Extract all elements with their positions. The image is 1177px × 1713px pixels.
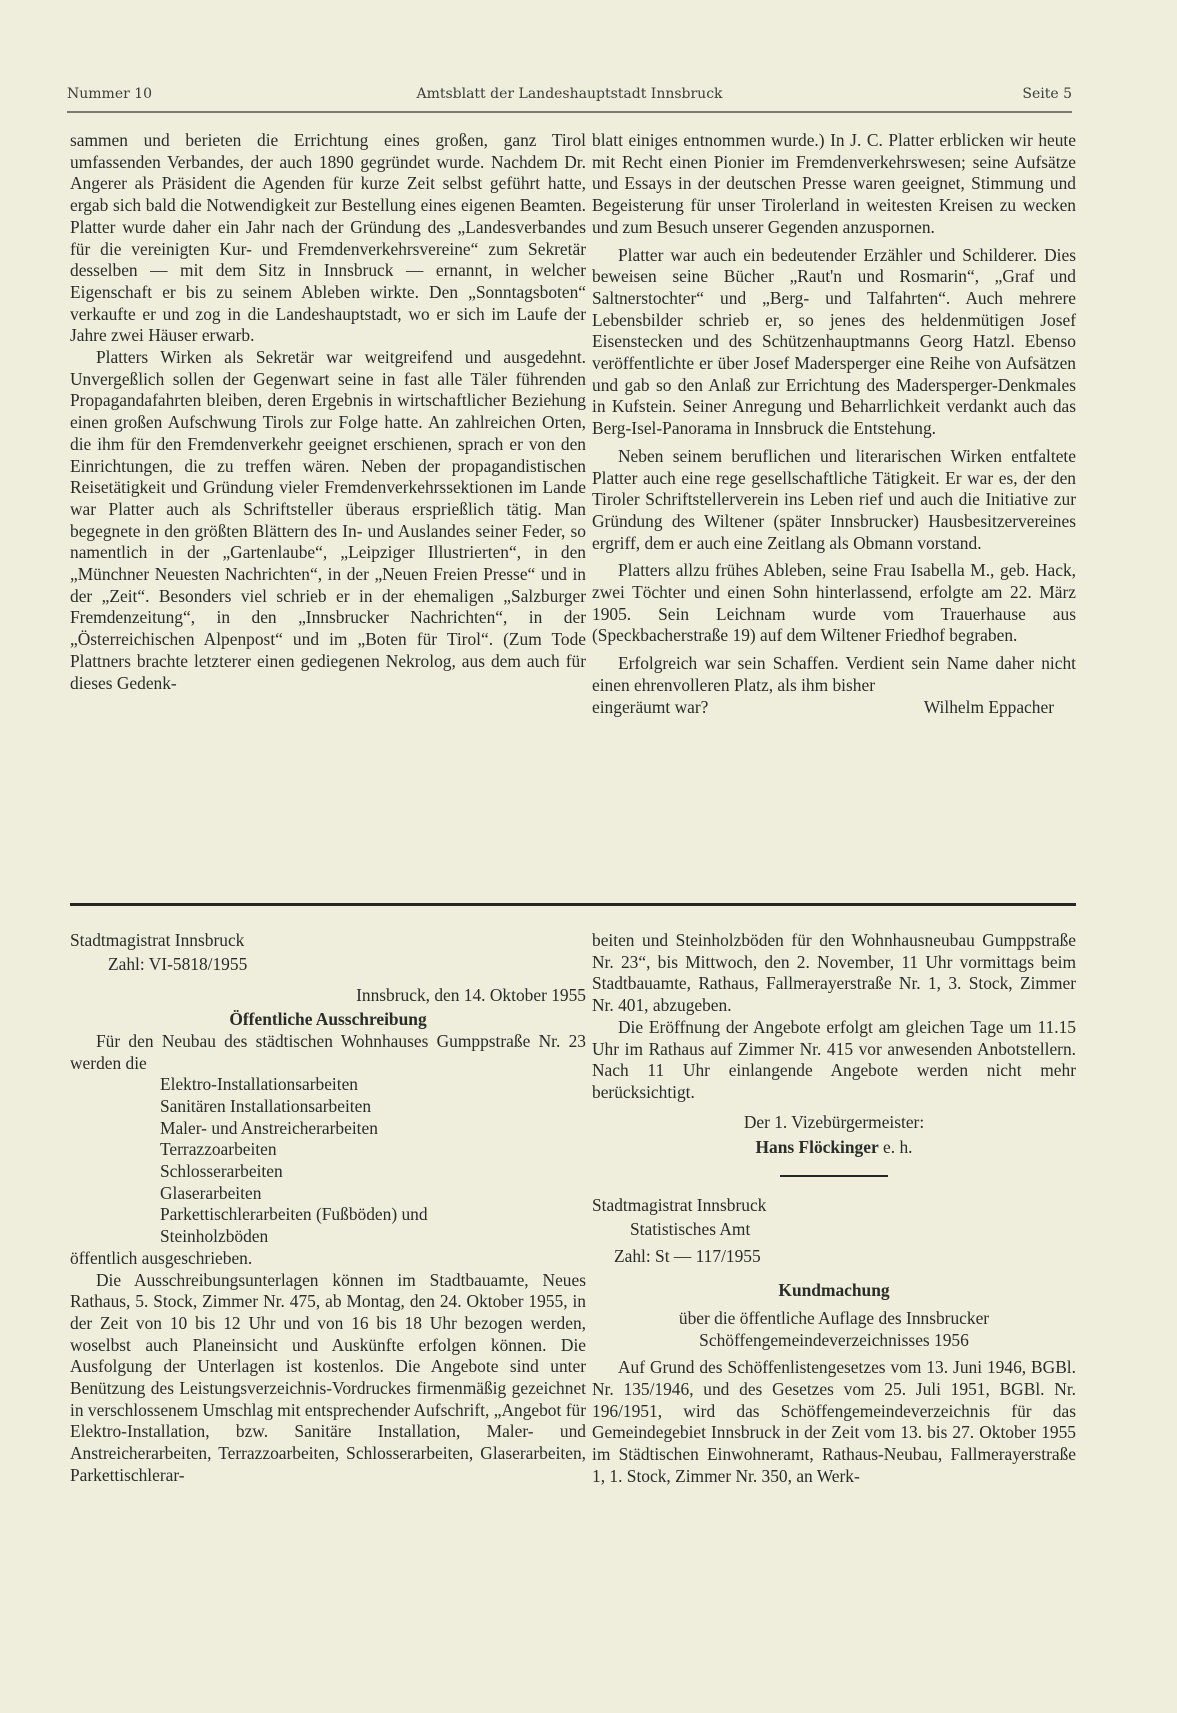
announcement-title: Kundmachung <box>592 1280 1076 1302</box>
tender-body-continued: beiten und Steinholzböden für den Wohnha… <box>592 930 1076 1017</box>
announcement-body: Auf Grund des Schöffenlistengesetzes vom… <box>592 1357 1076 1487</box>
header-rule <box>67 111 1072 113</box>
article-paragraph: Platter war auch ein bedeutender Erzähle… <box>592 245 1076 440</box>
announcement-authority: Stadtmagistrat Innsbruck <box>592 1195 1076 1217</box>
tender-place-date: Innsbruck, den 14. Oktober 1955 <box>70 985 586 1007</box>
works-item: Sanitären Installationsarbeiten <box>160 1096 586 1118</box>
signatory: Hans Flöckinger e. h. <box>592 1137 1076 1159</box>
announcement-department: Statistisches Amt <box>592 1219 1076 1241</box>
works-item: Terrazzoarbeiten <box>160 1139 586 1161</box>
article-paragraph: Platters allzu frühes Ableben, seine Fra… <box>592 560 1076 647</box>
page-number: Seite 5 <box>1022 86 1072 102</box>
closing-line: eingeräumt war? <box>592 697 708 719</box>
article-column-right: blatt einiges entnommen wurde.) In J. C.… <box>592 130 1076 718</box>
article-paragraph: Platters Wirken als Sekretär war weitgre… <box>70 347 586 694</box>
signatory-suffix: e. h. <box>883 1137 912 1157</box>
article-paragraph: sammen und berieten die Errichtung eines… <box>70 130 586 347</box>
tender-intro-end: öffentlich ausgeschrieben. <box>70 1248 586 1270</box>
tender-body: Die Ausschreibungsunterlagen können im S… <box>70 1270 586 1487</box>
signatory-title: Der 1. Vizebürgermeister: <box>592 1112 1076 1134</box>
works-item: Schlosserarbeiten <box>160 1161 586 1183</box>
announcement-reference: Zahl: St — 117/1955 <box>592 1246 1076 1268</box>
tender-works-list: Elektro-Installationsarbeiten Sanitären … <box>70 1074 586 1248</box>
works-item: Elektro-Installationsarbeiten <box>160 1074 586 1096</box>
signatory-name: Hans Flöckinger <box>755 1137 878 1157</box>
tender-column-left: Stadtmagistrat Innsbruck Zahl: VI-5818/1… <box>70 930 586 1487</box>
works-item: Maler- und Anstreicherarbeiten <box>160 1118 586 1140</box>
author-name: Wilhelm Eppacher <box>924 697 1076 719</box>
article-signature: eingeräumt war? Wilhelm Eppacher <box>592 697 1076 719</box>
tender-intro: Für den Neubau des städtischen Wohnhause… <box>70 1031 586 1074</box>
notice-divider <box>780 1175 888 1177</box>
tender-opening: Die Eröffnung der Angebote erfolgt am gl… <box>592 1017 1076 1104</box>
works-item: Glaserarbeiten <box>160 1183 586 1205</box>
publication-title: Amtsblatt der Landeshauptstadt Innsbruck <box>67 86 1072 102</box>
tender-column-right: beiten und Steinholzböden für den Wohnha… <box>592 930 1076 1487</box>
works-item: Parkettischlerarbeiten (Fußböden) und <box>160 1204 586 1226</box>
tender-authority: Stadtmagistrat Innsbruck <box>70 930 586 952</box>
section-divider <box>70 903 1076 906</box>
article-column-left: sammen und berieten die Errichtung eines… <box>70 130 586 694</box>
page-header: Nummer 10 Amtsblatt der Landeshauptstadt… <box>67 86 1072 108</box>
tender-title: Öffentliche Ausschreibung <box>70 1009 586 1031</box>
tender-reference: Zahl: VI-5818/1955 <box>70 954 586 976</box>
announcement-subtitle: über die öffentliche Auflage des Innsbru… <box>592 1308 1076 1351</box>
works-item: Steinholzböden <box>160 1226 586 1248</box>
article-paragraph: Neben seinem beruflichen und literarisch… <box>592 446 1076 555</box>
article-paragraph: Erfolgreich war sein Schaffen. Verdient … <box>592 653 1076 696</box>
article-paragraph: blatt einiges entnommen wurde.) In J. C.… <box>592 130 1076 239</box>
